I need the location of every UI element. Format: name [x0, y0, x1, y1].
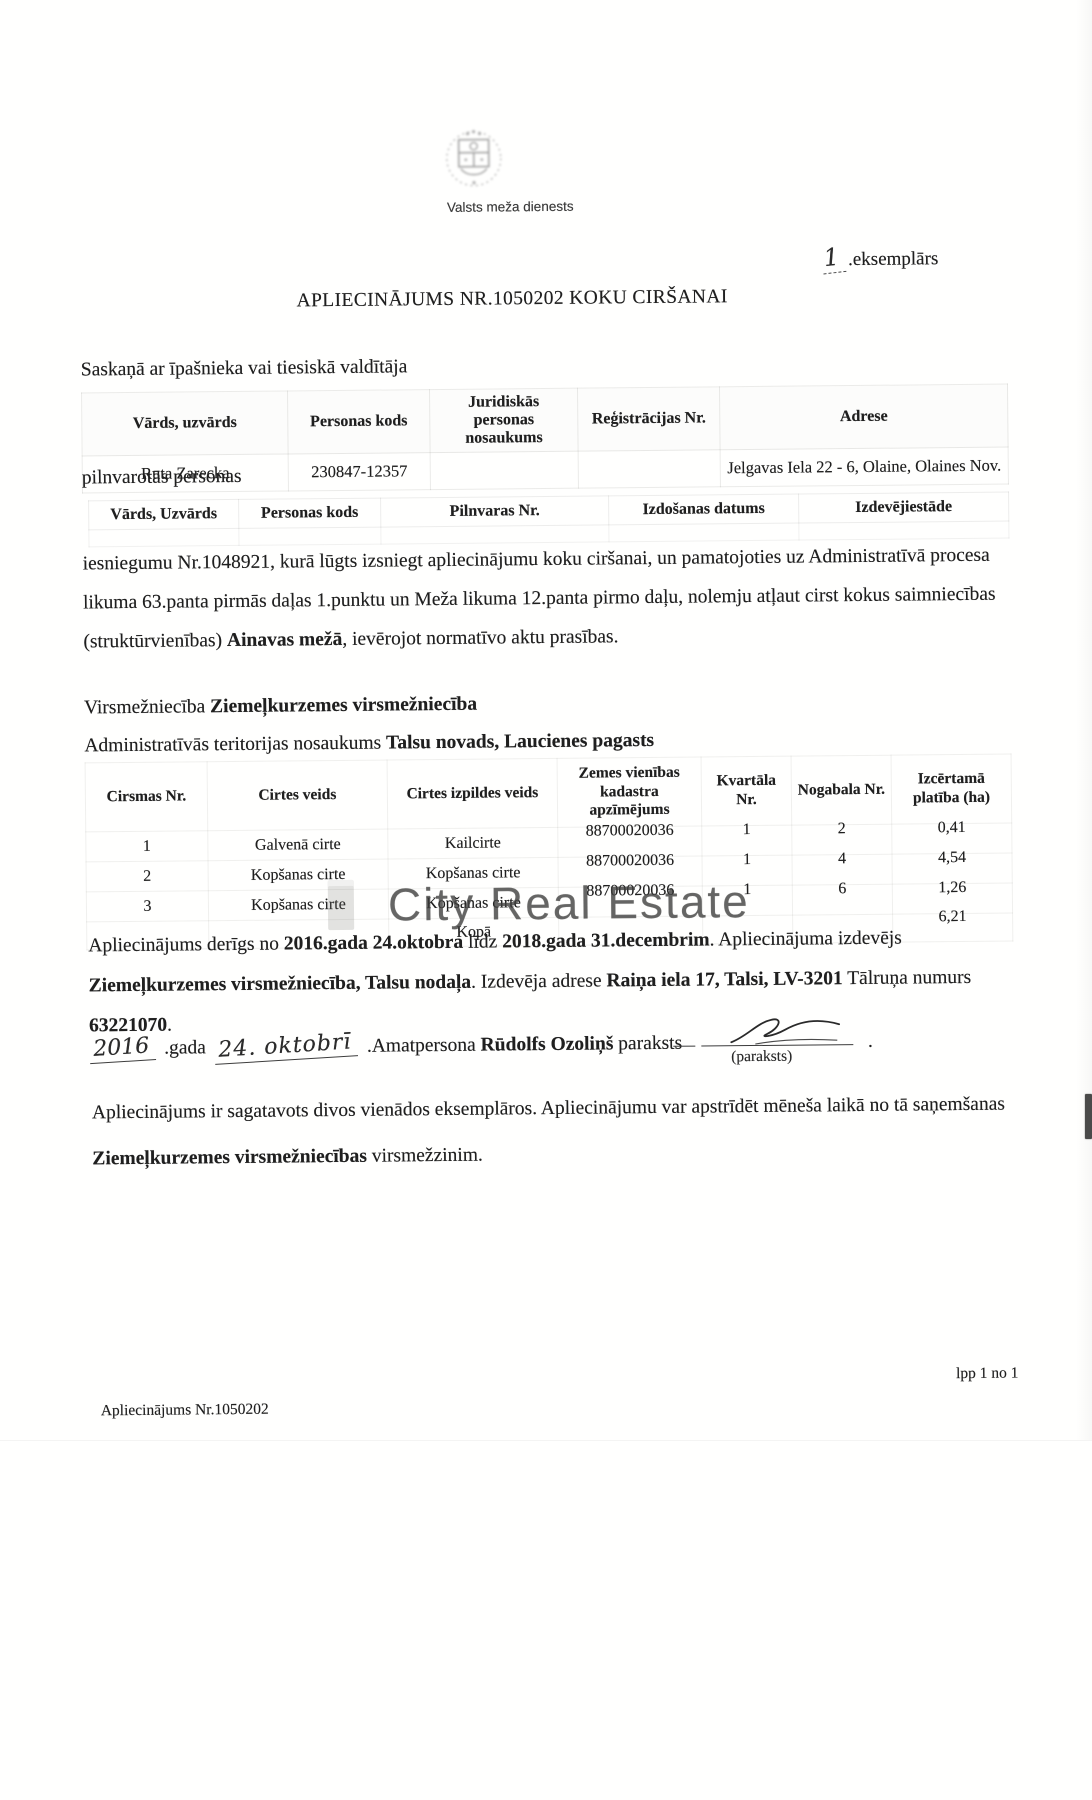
territory-label: Administratīvās teritorijas nosaukums [84, 733, 386, 757]
agency-name: Valsts meža dienests [375, 198, 645, 216]
owner-col-address: Adrese [720, 384, 1009, 450]
district-value: Ziemeļkurzemes virsmežniecība [210, 694, 477, 718]
authorized-persons-label: pilnvarotās personas [82, 466, 242, 490]
owner-col-name: Vārds, uzvārds [82, 391, 289, 456]
signature-year-handwritten: 2016 [89, 1033, 157, 1064]
closing-authority: Ziemeļkurzemes virsmežniecības [92, 1146, 367, 1170]
auth-col-poa-nr: Pilnvaras Nr. [381, 496, 609, 527]
copy-number-line: 1.eksemplārs [822, 242, 939, 273]
decision-paragraph: iesniegumu Nr.1048921, kurā lūgts izsnie… [82, 535, 1025, 661]
gada-label: .gada [164, 1037, 206, 1058]
signature-period: . [868, 1031, 873, 1052]
document-content: Valsts meža dienests 1.eksemplārs APLIEC… [0, 0, 1092, 1800]
owner-col-personal-code: Personas kods [288, 390, 431, 454]
scanned-document-page: Valsts meža dienests 1.eksemplārs APLIEC… [0, 0, 1092, 1800]
owner-legal-name [430, 451, 578, 489]
territory-value: Talsu novads, Laucienes pagasts [386, 730, 654, 754]
owner-col-registration-nr: Reģistrācijas Nr. [578, 387, 721, 451]
copy-number-handwritten: 1 [820, 242, 847, 274]
issuer-name: Ziemeļkurzemes virsmežniecība, Talsu nod… [89, 972, 472, 997]
signature-line-short [673, 1046, 695, 1047]
valid-from-date: 2016.gada 24.oktobra [284, 932, 464, 955]
scan-artifact-bar [1085, 1094, 1092, 1139]
document-title: APLIECINĀJUMS NR.1050202 KOKU CIRŠANAI [0, 283, 1028, 315]
footer-page-number: lpp 1 no 1 [904, 1364, 1018, 1383]
signature-row: 2016 .gada 24. oktobrī .Amatpersona Rūdo… [89, 1015, 1049, 1062]
amatpersona-label: .Amatpersona [367, 1035, 476, 1057]
scan-bottom-edge [0, 1440, 1092, 1441]
territory-line: Administratīvās teritorijas nosaukums Ta… [84, 730, 654, 757]
district-line: Virsmežniecība Ziemeļkurzemes virsmežnie… [84, 694, 477, 720]
cut-col-cut-type: Cirtes veids [207, 760, 388, 831]
footer-document-number: Apliecinājums Nr.1050202 [101, 1401, 269, 1421]
signature-date-handwritten: 24. oktobrī [214, 1029, 359, 1065]
owner-address: Jelgavas Iela 22 - 6, Olaine, Olaines No… [720, 447, 1008, 487]
district-label: Virsmežniecība [84, 696, 210, 718]
paraksts-caption: (paraksts) [731, 1048, 792, 1067]
closing-paragraph: Apliecinājums ir sagatavots divos vienād… [92, 1081, 1035, 1182]
valid-to-date: 2018.gada 31.decembrim [502, 929, 710, 952]
copy-label: .eksemplārs [848, 248, 938, 270]
official-name: Rūdolfs Ozoliņš [481, 1033, 614, 1055]
paraksts-label: paraksts [618, 1033, 682, 1055]
coat-of-arms-icon [430, 120, 515, 205]
auth-col-name: Vārds, Uzvārds [89, 499, 239, 529]
auth-col-issuer: Izdevējiestāde [799, 492, 1009, 523]
auth-col-issue-date: Izdošanas datums [609, 494, 799, 525]
cut-col-stand-nr: Cirsmas Nr. [85, 762, 208, 832]
auth-col-personal-code: Personas kods [239, 498, 381, 528]
forest-name: Ainavas mežā [227, 629, 343, 651]
intro-line: Saskaņā ar īpašnieka vai tiesiskā valdīt… [81, 356, 408, 381]
decision-text-2: , ievērojot normatīvo aktu prasības. [342, 626, 618, 650]
issuer-address: Raiņa iela 17, Talsi, LV-3201 [606, 968, 842, 991]
signature-squiggle-icon [727, 1015, 845, 1048]
owner-col-legal-name: Juridiskās personas nosaukums [430, 388, 579, 452]
owner-personal-code: 230847-12357 [288, 453, 430, 491]
owner-table-header-row: Vārds, uzvārds Personas kods Juridiskās … [82, 384, 1009, 456]
signature-area: (paraksts) [701, 1017, 859, 1049]
cut-col-cut-execution: Cirtes izpildes veids [387, 758, 558, 829]
owner-registration-nr [578, 450, 720, 488]
